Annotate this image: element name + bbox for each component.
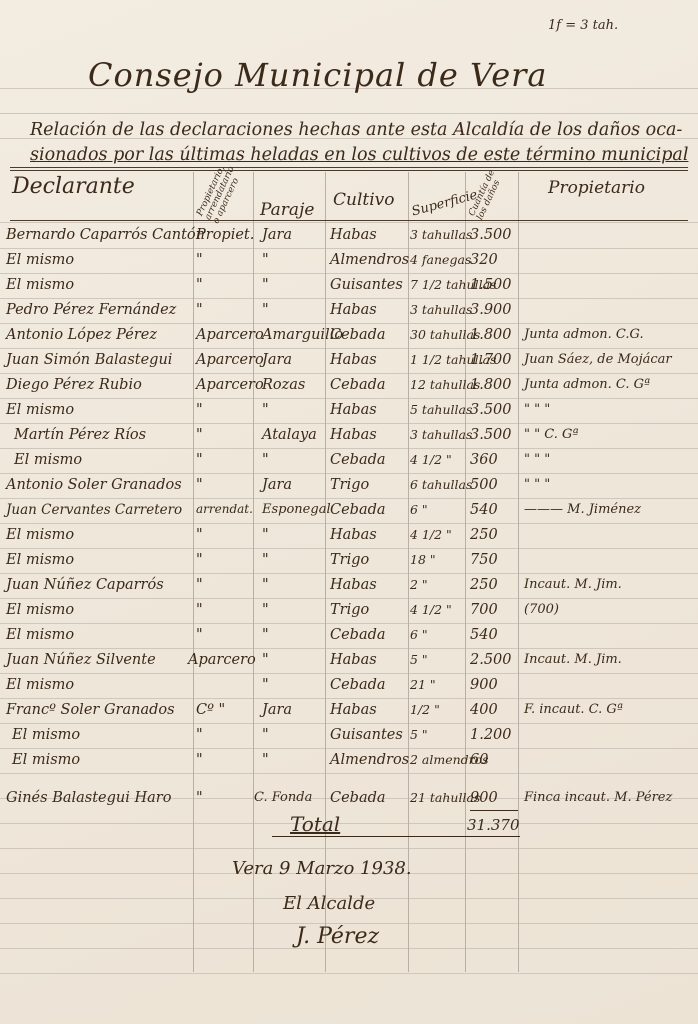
cell-declarante: El mismo [6,677,74,693]
table-row: Juan Cervantes Carretero arrendat. Espon… [0,500,698,524]
cell-tipo: Propiet. [196,227,254,243]
cell-declarante: Ginés Balastegui Haro [6,790,171,806]
cell-cultivo: Trigo [330,602,369,618]
cell-danos: 360 [470,452,498,468]
cell-declarante: Juan Simón Balastegui [6,352,172,368]
cell-declarante: El mismo [6,402,74,418]
cell-superficie: 2 " [410,577,428,592]
cell-declarante: El mismo [6,277,74,293]
signature-role: El Alcalde [283,893,375,914]
cell-paraje: " [262,552,269,568]
cell-tipo: " [196,577,203,593]
cell-danos: 500 [470,477,498,493]
table-row: Bernardo Caparrós Cantón Propiet. Jara H… [0,225,698,249]
cell-superficie: 6 " [410,502,428,517]
cell-cultivo: Cebada [330,377,386,393]
header-cultivo: Cultivo [333,190,395,210]
cell-cultivo: Habas [330,227,377,243]
cell-danos: 3.500 [470,427,512,443]
cell-superficie: 5 " [410,652,428,667]
cell-declarante: El mismo [6,602,74,618]
cell-propietario: Junta admon. C.G. [524,327,644,342]
total-label: Total [290,812,340,836]
cell-paraje: " [262,677,269,693]
cell-propietario: Incaut. M. Jim. [524,577,622,592]
table-row: Martín Pérez Ríos " Atalaya Habas 3 tahu… [0,425,698,449]
cell-paraje: " [262,302,269,318]
cell-paraje: " [262,602,269,618]
cell-tipo: " [196,452,203,468]
cell-superficie: 4 fanegas [410,252,471,267]
cell-declarante: Francº Soler Granados [6,702,175,718]
table-row: El mismo " " Cebada 6 " 540 [0,625,698,649]
cell-danos: 60 [470,752,488,768]
cell-tipo: " [196,627,203,643]
cell-superficie: 5 " [410,727,428,742]
cell-paraje: " [262,577,269,593]
cell-cultivo: Trigo [330,477,369,493]
cell-paraje: " [262,277,269,293]
cell-tipo: " [196,427,203,443]
cell-propietario: F. incaut. C. Gª [524,702,623,717]
cell-danos: 540 [470,502,498,518]
cell-tipo: " [196,790,203,806]
cell-tipo: " [196,752,203,768]
cell-propietario: Finca incaut. M. Pérez [524,790,672,805]
table-row: El mismo " " Almendros 4 fanegas 320 [0,250,698,274]
cell-declarante: El mismo [6,552,74,568]
header-rule-top-2 [10,170,688,171]
cell-danos: 320 [470,252,498,268]
sum-underline [470,810,518,811]
cell-superficie: 21 " [410,677,436,692]
cell-danos: 250 [470,577,498,593]
cell-tipo: arrendat. [196,502,253,516]
cell-danos: 1.200 [470,727,512,743]
cell-danos: 700 [470,602,498,618]
cell-superficie: 4 1/2 " [410,452,452,467]
cell-declarante: El mismo [6,252,74,268]
cell-cultivo: Habas [330,577,377,593]
table-row: Diego Pérez Rubio Aparcero Rozas Cebada … [0,375,698,399]
cell-danos: 2.500 [470,652,512,668]
cell-cultivo: Habas [330,652,377,668]
cell-superficie: 3 tahullas [410,302,472,317]
header-paraje: Paraje [260,200,314,220]
cell-propietario: Junta admon. C. Gª [524,377,650,392]
cell-cultivo: Trigo [330,552,369,568]
cell-propietario: " " " [524,402,550,417]
table-row: El mismo " " Trigo 18 " 750 [0,550,698,574]
table-row: El mismo " " Guisantes 5 " 1.200 [0,725,698,749]
cell-declarante: El mismo [6,627,74,643]
cell-superficie: 3 tahullas [410,227,472,242]
intro-line-2: sionados por las últimas heladas en los … [30,143,688,168]
table-row: Antonio López Pérez Aparcero Amarguillo … [0,325,698,349]
cell-tipo: " [196,602,203,618]
intro-line-1: Relación de las declaraciones hechas ant… [30,118,688,143]
cell-danos: 540 [470,627,498,643]
cell-paraje: Jara [262,477,292,493]
signature-date: Vera 9 Marzo 1938. [232,858,412,879]
total-underline [272,836,520,837]
cell-propietario: Incaut. M. Jim. [524,652,622,667]
intro-text: Relación de las declaraciones hechas ant… [30,118,688,168]
table-row: El mismo " " Almendros 2 almendros 60 [0,750,698,774]
table-row: El mismo " " Habas 5 tahullas 3.500 " " … [0,400,698,424]
cell-declarante: Diego Pérez Rubio [6,377,142,393]
cell-superficie: 4 1/2 " [410,602,452,617]
table-row: El mismo " " Habas 4 1/2 " 250 [0,525,698,549]
cell-tipo: " [196,252,203,268]
cell-tipo: Cº " [196,702,225,718]
cell-declarante: El mismo [14,452,82,468]
cell-danos: 1.800 [470,377,512,393]
cell-declarante: Bernardo Caparrós Cantón [6,227,205,243]
cell-propietario: " " " [524,452,550,467]
cell-cultivo: Almendros [330,252,409,268]
cell-cultivo: Habas [330,427,377,443]
cell-danos: 750 [470,552,498,568]
table-row: El mismo " " Guisantes 7 1/2 tahullas 1.… [0,275,698,299]
cell-declarante: El mismo [6,527,74,543]
corner-note: 1f = 3 tah. [548,18,618,33]
document-title: Consejo Municipal de Vera [88,56,548,94]
cell-cultivo: Guisantes [330,277,403,293]
cell-declarante: Juan Núñez Caparrós [6,577,164,593]
signature: J. Pérez [296,924,379,949]
cell-superficie: 4 1/2 " [410,527,452,542]
cell-superficie: 6 " [410,627,428,642]
cell-paraje: " [262,452,269,468]
cell-tipo: Aparcero [196,327,264,343]
cell-superficie: 6 tahullas [410,477,472,492]
cell-tipo: Aparcero [196,377,264,393]
cell-cultivo: Habas [330,527,377,543]
cell-superficie: 18 " [410,552,436,567]
cell-paraje: C. Fonda [254,790,312,805]
cell-tipo: " [196,302,203,318]
cell-paraje: " [262,727,269,743]
cell-paraje: Esponegal [262,502,331,517]
table-row: Juan Núñez Caparrós " " Habas 2 " 250 In… [0,575,698,599]
cell-cultivo: Cebada [330,452,386,468]
table-row: El mismo " " Trigo 4 1/2 " 700 (700) [0,600,698,624]
header-rule-bottom [10,220,688,221]
cell-danos: 3.900 [470,302,512,318]
table-row: Ginés Balastegui Haro " C. Fonda Cebada … [0,788,698,812]
cell-propietario: ——— M. Jiménez [524,502,641,517]
cell-declarante: El mismo [12,752,80,768]
cell-danos: 1.700 [470,352,512,368]
cell-propietario: " " C. Gª [524,427,579,442]
cell-superficie: 3 tahullas [410,427,472,442]
cell-paraje: Rozas [262,377,305,393]
cell-paraje: " [262,627,269,643]
cell-cultivo: Cebada [330,627,386,643]
cell-paraje: " [262,252,269,268]
cell-declarante: El mismo [12,727,80,743]
cell-paraje: Jara [262,227,292,243]
cell-cultivo: Cebada [330,502,386,518]
cell-cultivo: Habas [330,352,377,368]
cell-superficie: 1/2 " [410,702,440,717]
cell-tipo: Aparcero [196,352,264,368]
cell-tipo: " [196,552,203,568]
header-declarante: Declarante [12,174,135,199]
cell-cultivo: Cebada [330,677,386,693]
cell-declarante: Juan Núñez Silvente [6,652,156,668]
table-row: Juan Simón Balastegui Aparcero Jara Haba… [0,350,698,374]
document-page: 1f = 3 tah. Consejo Municipal de Vera Re… [0,0,698,1024]
cell-paraje: " [262,752,269,768]
cell-cultivo: Guisantes [330,727,403,743]
cell-cultivo: Cebada [330,327,386,343]
cell-danos: 3.500 [470,402,512,418]
cell-tipo: " [196,402,203,418]
cell-tipo: " [196,477,203,493]
total-value: 31.370 [467,816,520,834]
table-row: Juan Núñez Silvente Aparcero " Habas 5 "… [0,650,698,674]
cell-tipo: " [196,727,203,743]
cell-paraje: Atalaya [262,427,317,443]
cell-declarante: Pedro Pérez Fernández [6,302,176,318]
cell-declarante: Martín Pérez Ríos [14,427,146,443]
cell-danos: 1.500 [470,277,512,293]
cell-danos: 3.500 [470,227,512,243]
cell-propietario: Juan Sáez, de Mojácar [524,352,672,367]
cell-danos: 900 [470,790,498,806]
header-propietario: Propietario [548,178,645,198]
cell-danos: 400 [470,702,498,718]
cell-paraje: Jara [262,702,292,718]
cell-paraje: " [262,652,269,668]
cell-cultivo: Habas [330,402,377,418]
cell-tipo: Aparcero [188,652,256,668]
cell-cultivo: Habas [330,302,377,318]
table-row: Francº Soler Granados Cº " Jara Habas 1/… [0,700,698,724]
cell-declarante: Juan Cervantes Carretero [6,502,182,518]
table-row: Pedro Pérez Fernández " " Habas 3 tahull… [0,300,698,324]
cell-cultivo: Habas [330,702,377,718]
table-row: Antonio Soler Granados " Jara Trigo 6 ta… [0,475,698,499]
cell-tipo: " [196,277,203,293]
cell-propietario: " " " [524,477,550,492]
cell-cultivo: Almendros [330,752,409,768]
header-rule-top [10,167,688,168]
cell-declarante: Antonio Soler Granados [6,477,182,493]
table-row: El mismo " " Cebada 4 1/2 " 360 " " " [0,450,698,474]
cell-danos: 900 [470,677,498,693]
cell-danos: 1.800 [470,327,512,343]
cell-paraje: " [262,402,269,418]
cell-paraje: Jara [262,352,292,368]
cell-declarante: Antonio López Pérez [6,327,157,343]
cell-danos: 250 [470,527,498,543]
table-row: El mismo " Cebada 21 " 900 [0,675,698,699]
cell-paraje: " [262,527,269,543]
cell-superficie: 5 tahullas [410,402,472,417]
cell-tipo: " [196,527,203,543]
cell-propietario: (700) [524,602,559,617]
cell-cultivo: Cebada [330,790,386,806]
